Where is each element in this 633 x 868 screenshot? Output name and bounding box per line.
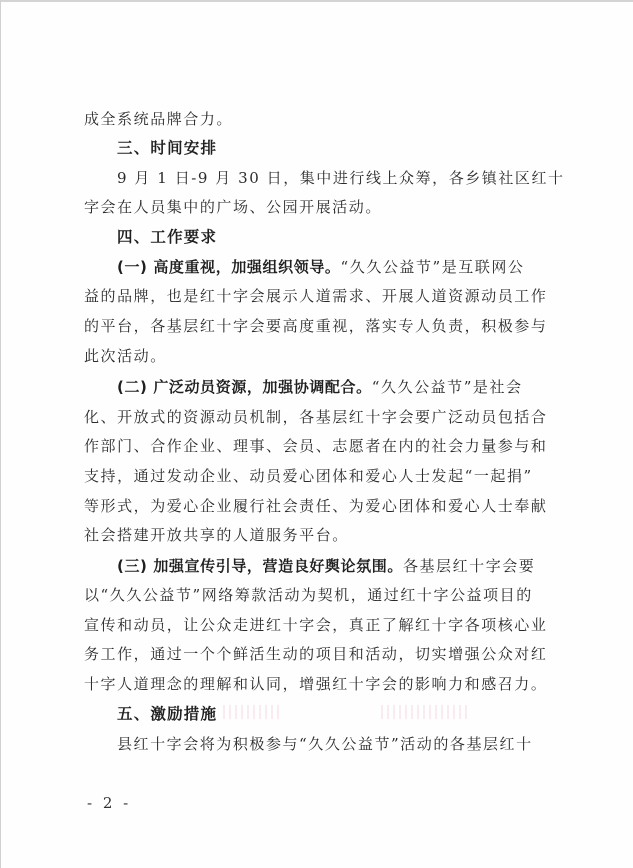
section-heading-schedule: 三、时间安排	[117, 138, 557, 158]
line-text: 各基层红十字会要	[403, 557, 535, 575]
line-text: 9 月 1 日-9 月 30 日，集中进行线上众筹，各乡镇社区红十	[117, 169, 565, 187]
paragraph-line: (一) 高度重视，加强组织领导。“久久公益节”是互联网公	[117, 257, 557, 277]
paragraph-line: 作部门、合作企业、理事、会员、志愿者在内的社会力量参与和	[84, 436, 556, 456]
subheading-text: (三) 加强宣传引导，营造良好舆论氛围。	[117, 557, 403, 575]
paragraph-line: 化、开放式的资源动员机制，各基层红十字会要广泛动员包括合	[84, 407, 556, 427]
section-heading-incentives: 五、激励措施	[117, 704, 557, 724]
paragraph-line: 此次活动。	[84, 346, 556, 366]
line-text: 的平台，各基层红十字会要高度重视，落实专人负责，积极参与	[84, 317, 547, 335]
paragraph-line: 社会搭建开放共享的人道服务平台。	[84, 525, 556, 545]
line-text: 支持，通过发动企业、动员爱心团体和爱心人士发起“一起捐”	[84, 467, 533, 485]
line-text: 社会搭建开放共享的人道服务平台。	[84, 526, 349, 544]
paragraph-line: 成全系统品牌合力。	[84, 109, 556, 129]
heading-text: 四、工作要求	[117, 228, 217, 246]
paragraph-line: 务工作，通过一个个鲜活生动的项目和活动，切实增强公众对红	[84, 644, 556, 664]
paragraph-line: 字会在人员集中的广场、公园开展活动。	[84, 197, 556, 217]
paragraph-line: 的平台，各基层红十字会要高度重视，落实专人负责，积极参与	[84, 316, 556, 336]
paragraph-line: 以“久久公益节”网络筹款活动为契机，通过红十字公益项目的	[84, 585, 556, 605]
paragraph-line: 9 月 1 日-9 月 30 日，集中进行线上众筹，各乡镇社区红十	[117, 168, 557, 188]
line-text: “久久公益节”是互联网公	[341, 258, 525, 276]
subheading-text: (一) 高度重视，加强组织领导。	[117, 258, 341, 276]
paragraph-line: 等形式，为爱心企业履行社会责任、为爱心团体和爱心人士奉献	[84, 496, 556, 516]
line-text: 十字人道理念的理解和认同，增强红十字会的影响力和感召力。	[84, 675, 547, 693]
subheading-text: (二) 广泛动员资源，加强协调配合。	[117, 378, 372, 396]
paragraph-line: 宣传和动员，让公众走进红十字会，真正了解红十字各项核心业	[84, 615, 556, 635]
line-text: 县红十字会将为积极参与“久久公益节”活动的各基层红十	[117, 735, 533, 753]
line-text: “久久公益节”是社会	[372, 378, 523, 396]
line-text: 宣传和动员，让公众走进红十字会，真正了解红十字各项核心业	[84, 616, 547, 634]
paragraph-line: 县红十字会将为积极参与“久久公益节”活动的各基层红十	[117, 734, 557, 754]
paragraph-line: 支持，通过发动企业、动员爱心团体和爱心人士发起“一起捐”	[84, 466, 556, 486]
line-text: 字会在人员集中的广场、公园开展活动。	[84, 198, 382, 216]
line-text: 益的品牌，也是红十字会展示人道需求、开展人道资源动员工作	[84, 287, 547, 305]
line-text: 以“久久公益节”网络筹款活动为契机，通过红十字公益项目的	[84, 586, 533, 604]
heading-text: 三、时间安排	[117, 139, 217, 157]
document-page: 成全系统品牌合力。 三、时间安排 9 月 1 日-9 月 30 日，集中进行线上…	[0, 0, 633, 868]
paragraph-line: (二) 广泛动员资源，加强协调配合。“久久公益节”是社会	[117, 377, 557, 397]
paragraph-line: 益的品牌，也是红十字会展示人道需求、开展人道资源动员工作	[84, 286, 556, 306]
line-text: 作部门、合作企业、理事、会员、志愿者在内的社会力量参与和	[84, 437, 547, 455]
heading-text: 五、激励措施	[117, 705, 217, 723]
paragraph-line: 十字人道理念的理解和认同，增强红十字会的影响力和感召力。	[84, 674, 556, 694]
line-text: 务工作，通过一个个鲜活生动的项目和活动，切实增强公众对红	[84, 645, 547, 663]
line-text: 等形式，为爱心企业履行社会责任、为爱心团体和爱心人士奉献	[84, 497, 547, 515]
line-text: 化、开放式的资源动员机制，各基层红十字会要广泛动员包括合	[84, 408, 547, 426]
section-heading-requirements: 四、工作要求	[117, 227, 557, 247]
paragraph-line: (三) 加强宣传引导，营造良好舆论氛围。各基层红十字会要	[117, 556, 557, 576]
line-text: 成全系统品牌合力。	[84, 110, 233, 128]
line-text: 此次活动。	[84, 347, 167, 365]
page-number: - 2 -	[87, 794, 131, 812]
